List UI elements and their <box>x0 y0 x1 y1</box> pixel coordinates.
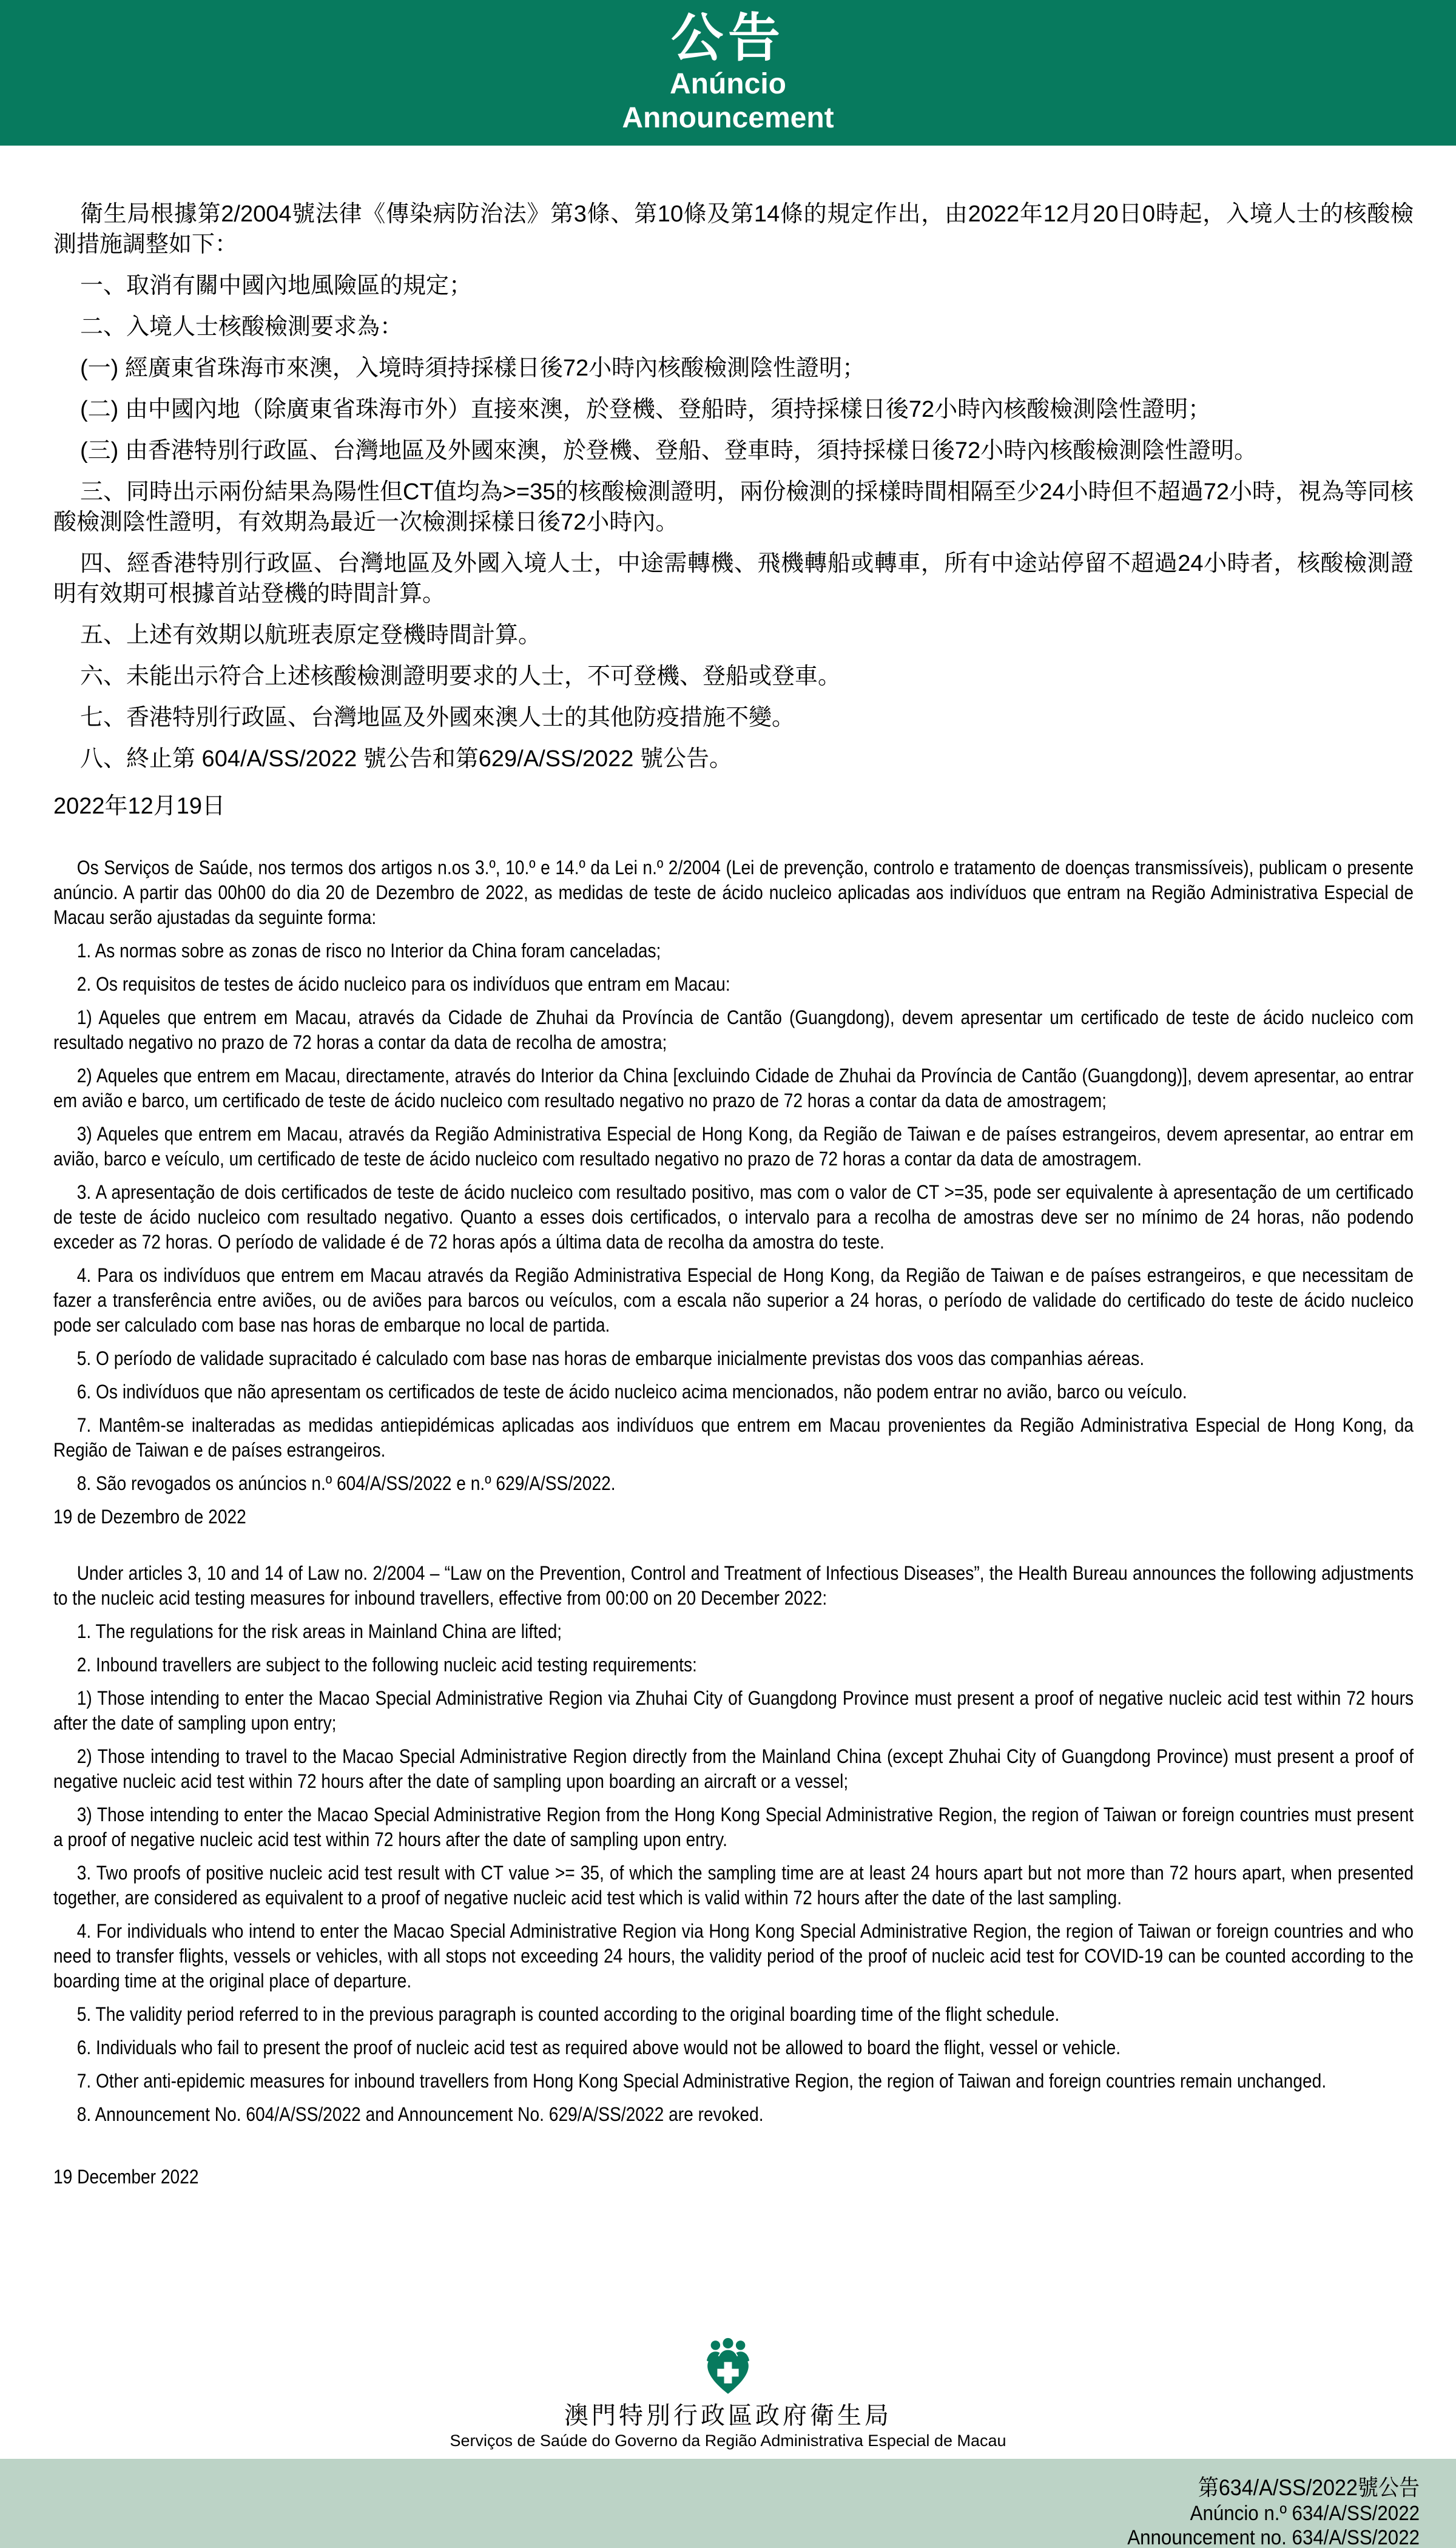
page-title-en: Announcement <box>0 101 1456 136</box>
pt-paragraph-item7: 7. Mantêm-se inalteradas as medidas anti… <box>53 1413 1414 1463</box>
zh-paragraph-item3: 三、同時出示兩份結果為陽性但CT值均為>=35的核酸檢測證明，兩份檢測的採樣時間… <box>53 477 1414 538</box>
pt-date-line: 19 de Dezembro de 2022 <box>53 1505 1414 1529</box>
zh-date-line: 2022年12月19日 <box>53 791 1414 821</box>
zh-paragraph-intro: 衛生局根據第2/2004號法律《傳染病防治法》第3條、第10條及第14條的規定作… <box>53 199 1414 260</box>
reference-number-band: 第634/A/SS/2022號公告 Anúncio n.º 634/A/SS/2… <box>0 2459 1456 2548</box>
en-paragraph-item6: 6. Individuals who fail to present the p… <box>53 2035 1414 2060</box>
pt-paragraph-intro: Os Serviços de Saúde, nos termos dos art… <box>53 855 1414 930</box>
zh-paragraph-item2-2: (二) 由中國內地（除廣東省珠海市外）直接來澳，於登機、登船時，須持採樣日後72… <box>53 394 1414 425</box>
zh-paragraph-item6: 六、未能出示符合上述核酸檢測證明要求的人士，不可登機、登船或登車。 <box>53 661 1414 692</box>
zh-paragraph-item1: 一、取消有關中國內地風險區的規定； <box>53 271 1414 301</box>
pt-paragraph-item4: 4. Para os indivíduos que entrem em Maca… <box>53 1263 1414 1338</box>
announcement-ref-zh: 第634/A/SS/2022號公告 <box>113 2475 1420 2501</box>
en-paragraph-item2-3: 3) Those intending to enter the Macao Sp… <box>53 1802 1414 1852</box>
logo-container <box>0 2337 1456 2397</box>
pt-paragraph-item6: 6. Os indivíduos que não apresentam os c… <box>53 1380 1414 1404</box>
zh-paragraph-item7: 七、香港特別行政區、台灣地區及外國來澳人士的其他防疫措施不變。 <box>53 703 1414 733</box>
organization-name-pt: Serviços de Saúde do Governo da Região A… <box>0 2431 1456 2450</box>
en-paragraph-item1: 1. The regulations for the risk areas in… <box>53 1619 1414 1644</box>
heart-cross-health-bureau-logo-icon <box>696 2337 760 2397</box>
document-body: 衛生局根據第2/2004號法律《傳染病防治法》第3條、第10條及第14條的規定作… <box>0 199 1456 2189</box>
zh-paragraph-item5: 五、上述有效期以航班表原定登機時間計算。 <box>53 620 1414 650</box>
pt-paragraph-item5: 5. O período de validade supracitado é c… <box>53 1346 1414 1371</box>
zh-paragraph-item8: 八、終止第 604/A/SS/2022 號公告和第629/A/SS/2022 號… <box>53 744 1414 774</box>
pt-paragraph-item1: 1. As normas sobre as zonas de risco no … <box>53 939 1414 963</box>
zh-paragraph-item2-3: (三) 由香港特別行政區、台灣地區及外國來澳，於登機、登船、登車時，須持採樣日後… <box>53 436 1414 466</box>
page-title-zh: 公告 <box>0 10 1456 67</box>
zh-paragraph-item2-1: (一) 經廣東省珠海市來澳，入境時須持採樣日後72小時內核酸檢測陰性證明； <box>53 353 1414 383</box>
en-paragraph-item2-1: 1) Those intending to enter the Macao Sp… <box>53 1686 1414 1736</box>
en-paragraph-item2-2: 2) Those intending to travel to the Maca… <box>53 1744 1414 1794</box>
en-paragraph-item5: 5. The validity period referred to in th… <box>53 2002 1414 2027</box>
header-banner: 公告 Anúncio Announcement <box>0 0 1456 146</box>
section-portuguese: Os Serviços de Saúde, nos termos dos art… <box>53 855 1414 1529</box>
announcement-ref-pt: Anúncio n.º 634/A/SS/2022 <box>113 2501 1420 2526</box>
portuguese-text-block: Os Serviços de Saúde, nos termos dos art… <box>53 855 1414 1529</box>
page-title-pt: Anúncio <box>0 67 1456 102</box>
pt-paragraph-item2-2: 2) Aqueles que entrem em Macau, directam… <box>53 1063 1414 1113</box>
en-paragraph-intro: Under articles 3, 10 and 14 of Law no. 2… <box>53 1561 1414 1611</box>
english-text-block: Under articles 3, 10 and 14 of Law no. 2… <box>53 1561 1414 2189</box>
page-footer: 澳門特別行政區政府衛生局 Serviços de Saúde do Govern… <box>0 2337 1456 2548</box>
en-paragraph-item7: 7. Other anti-epidemic measures for inbo… <box>53 2069 1414 2094</box>
pt-paragraph-item8: 8. São revogados os anúncios n.º 604/A/S… <box>53 1471 1414 1496</box>
announcement-page: 公告 Anúncio Announcement 衛生局根據第2/2004號法律《… <box>0 0 1456 2548</box>
en-paragraph-item4: 4. For individuals who intend to enter t… <box>53 1919 1414 1994</box>
section-chinese: 衛生局根據第2/2004號法律《傳染病防治法》第3條、第10條及第14條的規定作… <box>53 199 1414 821</box>
organization-name-zh: 澳門特別行政區政府衛生局 <box>0 2402 1456 2430</box>
reference-number-block: 第634/A/SS/2022號公告 Anúncio n.º 634/A/SS/2… <box>113 2475 1420 2548</box>
en-date-line: 19 December 2022 <box>53 2165 1414 2189</box>
pt-paragraph-item3: 3. A apresentação de dois certificados d… <box>53 1180 1414 1255</box>
zh-paragraph-item2: 二、入境人士核酸檢測要求為： <box>53 312 1414 342</box>
en-paragraph-item8: 8. Announcement No. 604/A/SS/2022 and An… <box>53 2102 1414 2127</box>
zh-paragraph-item4: 四、經香港特別行政區、台灣地區及外國入境人士，中途需轉機、飛機轉船或轉車，所有中… <box>53 548 1414 609</box>
pt-paragraph-item2-3: 3) Aqueles que entrem em Macau, através … <box>53 1122 1414 1171</box>
pt-paragraph-item2-1: 1) Aqueles que entrem em Macau, através … <box>53 1005 1414 1055</box>
pt-paragraph-item2: 2. Os requisitos de testes de ácido nucl… <box>53 972 1414 997</box>
announcement-ref-en: Announcement no. 634/A/SS/2022 <box>113 2526 1420 2548</box>
section-english: Under articles 3, 10 and 14 of Law no. 2… <box>53 1561 1414 2189</box>
en-paragraph-item3: 3. Two proofs of positive nucleic acid t… <box>53 1861 1414 1910</box>
en-paragraph-item2: 2. Inbound travellers are subject to the… <box>53 1653 1414 1677</box>
